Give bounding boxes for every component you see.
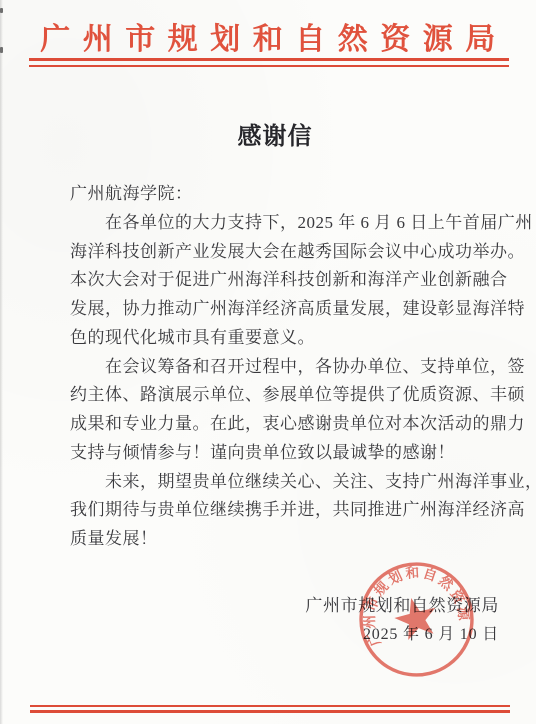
body-line: 质量发展！ bbox=[70, 525, 518, 554]
letter-title: 感谢信 bbox=[7, 116, 536, 151]
letter-body: 广州航海学院： 在各单位的大力支持下，2025 年 6 月 6 日上午首届广州 … bbox=[70, 180, 518, 554]
body-line: 未来，期望贵单位继续关心、关注、支持广州海洋事业， bbox=[70, 468, 518, 497]
body-line: 本次大会对于促进广州海洋科技创新和海洋产业创新融合 bbox=[70, 266, 518, 295]
body-line: 支持与倾情参与！谨向贵单位致以最诚挚的感谢！ bbox=[70, 439, 518, 468]
body-line: 我们期待与贵单位继续携手并进，共同推进广州海洋经济高 bbox=[70, 496, 518, 525]
scan-speck bbox=[0, 8, 3, 13]
body-line: 发展，协力推动广州海洋经济高质量发展，建设彰显海洋特 bbox=[70, 295, 518, 324]
signature-date: 2025 年 6 月 10 日 bbox=[305, 620, 499, 649]
footer-rule-thick bbox=[30, 710, 510, 713]
body-line: 海洋科技创新产业发展大会在越秀国际会议中心成功举办。 bbox=[70, 238, 518, 267]
salutation: 广州航海学院： bbox=[70, 180, 518, 209]
body-line: 成果和专业力量。在此，衷心感谢贵单位对本次活动的鼎力 bbox=[70, 410, 518, 439]
body-line: 约主体、路演展示单位、参展单位等提供了优质资源、丰硕 bbox=[70, 381, 518, 410]
body-line: 在会议筹备和召开过程中，各协办单位、支持单位，签 bbox=[70, 353, 518, 382]
letter-page: 广州市规划和自然资源局 感谢信 广州航海学院： 在各单位的大力支持下，2025 … bbox=[0, 0, 536, 724]
header-rule-thick bbox=[29, 58, 509, 61]
scan-edge-shadow bbox=[0, 0, 3, 724]
body-line: 色的现代化城市具有重要意义。 bbox=[70, 324, 518, 353]
footer-rule-thin bbox=[30, 705, 510, 707]
body-line: 在各单位的大力支持下，2025 年 6 月 6 日上午首届广州 bbox=[70, 209, 518, 238]
signature-org: 广州市规划和自然资源局 bbox=[305, 591, 499, 620]
header-rule-thin bbox=[29, 65, 509, 68]
letterhead-title: 广州市规划和自然资源局 bbox=[0, 14, 536, 58]
signature-block: 广州市规划和自然资源局 2025 年 6 月 10 日 bbox=[305, 591, 499, 649]
